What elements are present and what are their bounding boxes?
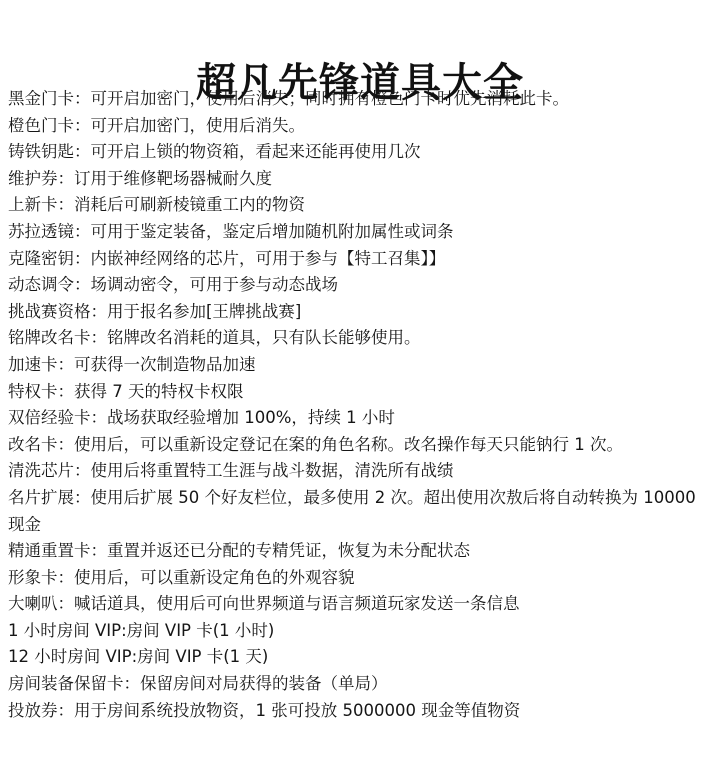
item-name: 加速卡： [8, 355, 74, 374]
item-description: 战场获取经验增加 100%，持续 1 小时 [107, 408, 395, 427]
item-name: 精通重置卡： [8, 541, 107, 560]
item-name: 黑金门卡： [8, 89, 91, 108]
item-description: 可用于鉴定装备，鉴定后增加随机附加属性或词条 [91, 222, 454, 241]
list-item: 双倍经验卡：战场获取经验增加 100%，持续 1 小时 [8, 405, 720, 432]
item-description: 房间 VIP 卡(1 小时) [127, 621, 275, 640]
item-description: 铭牌改名消耗的道具，只有队长能够使用。 [107, 328, 421, 347]
item-name: 名片扩展： [8, 488, 91, 507]
list-item: 12 小时房间 VIP:房间 VIP 卡(1 天) [8, 644, 720, 671]
item-description: 可开启加密门，使用后消失。 [91, 116, 306, 135]
list-item: 改名卡：使用后，可以重新设定登记在案的角色名称。改名操作每天只能钠行 1 次。 [8, 432, 720, 459]
item-name: 铸铁钥匙： [8, 142, 91, 161]
list-item: 清洗芯片：使用后将重置特工生涯与战斗数据，清洗所有战绩 [8, 458, 720, 485]
list-item: 黑金门卡：可开启加密门，使用后消失；同时拥有橙色门卡时优先消耗此卡。 [8, 86, 720, 113]
item-description: 可开启上锁的物资箱，看起来还能再使用几次 [91, 142, 421, 161]
item-name: 改名卡： [8, 435, 74, 454]
item-name: 上新卡： [8, 195, 74, 214]
list-item: 挑战赛资格：用于报名参加[王牌挑战赛] [8, 299, 720, 326]
list-item: 维护券：订用于维修靶场器械耐久度 [8, 166, 720, 193]
item-description: 房间 VIP 卡(1 天) [137, 647, 268, 666]
item-list: 黑金门卡：可开启加密门，使用后消失；同时拥有橙色门卡时优先消耗此卡。 橙色门卡：… [8, 86, 720, 724]
item-description: 用于房间系统投放物资，1 张可投放 5000000 现金等值物资 [74, 701, 520, 720]
item-description: 使用后扩展 50 个好友栏位，最多使用 2 次。超出使用次敖后将自动转换为 10… [8, 488, 696, 534]
list-item: 房间装备保留卡：保留房间对局获得的装备（单局） [8, 671, 720, 698]
item-description: 保留房间对局获得的装备（单局） [140, 674, 388, 693]
item-name: 特权卡： [8, 382, 74, 401]
list-item: 名片扩展：使用后扩展 50 个好友栏位，最多使用 2 次。超出使用次敖后将自动转… [8, 485, 716, 538]
item-name: 维护券： [8, 169, 74, 188]
item-name: 橙色门卡： [8, 116, 91, 135]
item-name: 挑战赛资格： [8, 302, 107, 321]
item-description: 场调动密令，可用于参与动态战场 [91, 275, 339, 294]
item-description: 可开启加密门，使用后消失；同时拥有橙色门卡时优先消耗此卡。 [91, 89, 570, 108]
list-item: 特权卡：获得 7 天的特权卡权限 [8, 379, 720, 406]
item-description: 订用于维修靶场器械耐久度 [74, 169, 272, 188]
list-item: 橙色门卡：可开启加密门，使用后消失。 [8, 113, 720, 140]
item-name: 1 小时房间 VIP: [8, 621, 127, 640]
item-name: 清洗芯片： [8, 461, 91, 480]
item-description: 消耗后可刷新棱镜重工内的物资 [74, 195, 305, 214]
item-description: 使用后将重置特工生涯与战斗数据，清洗所有战绩 [91, 461, 454, 480]
list-item: 动态调令：场调动密令，可用于参与动态战场 [8, 272, 720, 299]
item-name: 苏拉透镜： [8, 222, 91, 241]
item-description: 内嵌神经网络的芯片，可用于参与【特工召集】】 [91, 249, 446, 268]
list-item: 精通重置卡：重置并返还已分配的专精凭证，恢复为未分配状态 [8, 538, 720, 565]
item-name: 房间装备保留卡： [8, 674, 140, 693]
item-name: 大喇叭： [8, 594, 74, 613]
item-name: 铭牌改名卡： [8, 328, 107, 347]
list-item: 加速卡：可获得一次制造物品加速 [8, 352, 720, 379]
item-description: 重置并返还已分配的专精凭证，恢复为未分配状态 [107, 541, 470, 560]
item-name: 12 小时房间 VIP: [8, 647, 137, 666]
item-description: 获得 7 天的特权卡权限 [74, 382, 244, 401]
item-name: 双倍经验卡： [8, 408, 107, 427]
item-description: 使用后，可以重新设定角色的外观容貌 [74, 568, 355, 587]
list-item: 形象卡：使用后，可以重新设定角色的外观容貌 [8, 565, 720, 592]
list-item: 投放券：用于房间系统投放物资，1 张可投放 5000000 现金等值物资 [8, 698, 720, 725]
list-item: 上新卡：消耗后可刷新棱镜重工内的物资 [8, 192, 720, 219]
item-description: 使用后，可以重新设定登记在案的角色名称。改名操作每天只能钠行 1 次。 [74, 435, 623, 454]
item-description: 用于报名参加[王牌挑战赛] [107, 302, 301, 321]
item-description: 喊话道具，使用后可向世界频道与语言频道玩家发送一条信息 [74, 594, 520, 613]
list-item: 铭牌改名卡：铭牌改名消耗的道具，只有队长能够使用。 [8, 325, 720, 352]
list-item: 苏拉透镜：可用于鉴定装备，鉴定后增加随机附加属性或词条 [8, 219, 720, 246]
item-name: 克隆密钥： [8, 249, 91, 268]
item-name: 投放券： [8, 701, 74, 720]
list-item: 大喇叭：喊话道具，使用后可向世界频道与语言频道玩家发送一条信息 [8, 591, 720, 618]
list-item: 1 小时房间 VIP:房间 VIP 卡(1 小时) [8, 618, 720, 645]
list-item: 铸铁钥匙：可开启上锁的物资箱，看起来还能再使用几次 [8, 139, 720, 166]
list-item: 克隆密钥：内嵌神经网络的芯片，可用于参与【特工召集】】 [8, 246, 720, 273]
item-name: 形象卡： [8, 568, 74, 587]
item-name: 动态调令： [8, 275, 91, 294]
item-description: 可获得一次制造物品加速 [74, 355, 256, 374]
